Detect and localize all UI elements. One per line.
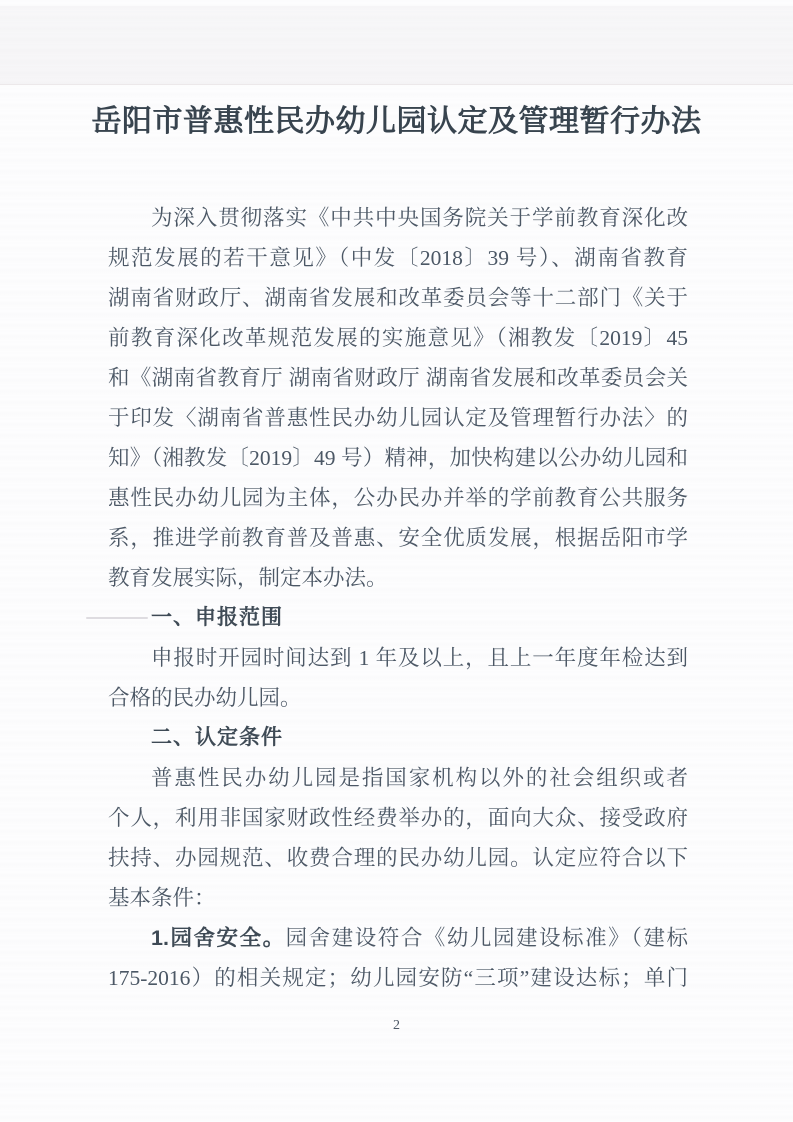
paragraph1-line: 规范发展的若干意见》（中发〔2018〕39 号）、湖南省教育厅、 xyxy=(108,238,688,278)
paragraph1-line: 知》（湘教发〔2019〕49 号）精神，加快构建以公办幼儿园和普 xyxy=(108,438,688,478)
item1-line: 175-2016）的相关规定；幼儿园安防“三项”建设达标；单门 xyxy=(108,958,688,998)
section-heading-1: 一、申报范围 xyxy=(108,598,688,638)
scan-artifact-top-band xyxy=(0,6,793,85)
paragraph1-line: 和《湖南省教育厅 湖南省财政厅 湖南省发展和改革委员会关 xyxy=(108,358,688,398)
paragraph2-line: 申报时开园时间达到 1 年及以上，且上一年度年检达到 xyxy=(108,638,688,678)
paragraph1-line: 惠性民办幼儿园为主体，公办民办并举的学前教育公共服务体 xyxy=(108,478,688,518)
item1-line: 1.园舍安全。园舍建设符合《幼儿园建设标准》（建标 xyxy=(108,918,688,958)
paragraph3-line: 普惠性民办幼儿园是指国家机构以外的社会组织或者 xyxy=(108,758,688,798)
paragraph3-line: 扶持、办园规范、收费合理的民办幼儿园。认定应符合以下 xyxy=(108,838,688,878)
paragraph1-line: 教育发展实际，制定本办法。 xyxy=(108,558,688,598)
paragraph2-line: 合格的民办幼儿园。 xyxy=(108,678,688,718)
document-title: 岳阳市普惠性民办幼儿园认定及管理暂行办法 xyxy=(0,101,793,143)
section-heading-2: 二、认定条件 xyxy=(108,718,688,758)
item1-bold-lead: 1.园舍安全。 xyxy=(151,926,286,950)
paragraph3-line: 基本条件： xyxy=(108,878,688,918)
page-number: 2 xyxy=(0,1018,793,1034)
paragraph1-line: 系，推进学前教育普及普惠、安全优质发展，根据岳阳市学前 xyxy=(108,518,688,558)
paragraph1-line: 湖南省财政厅、湖南省发展和改革委员会等十二部门《关于学 xyxy=(108,278,688,318)
paragraph1-line: 于印发〈湖南省普惠性民办幼儿园认定及管理暂行办法〉的通 xyxy=(108,398,688,438)
paragraph1-line: 前教育深化改革规范发展的实施意见》（湘教发〔2019〕45 号） xyxy=(108,318,688,358)
paragraph3-line: 个人，利用非国家财政性经费举办的，面向大众、接受政府 xyxy=(108,798,688,838)
document-page: 岳阳市普惠性民办幼儿园认定及管理暂行办法 为深入贯彻落实《中共中央国务院关于学前… xyxy=(0,0,793,1122)
item1-text: 园舍建设符合《幼儿园建设标准》（建标 xyxy=(286,926,688,950)
scan-artifact-dash xyxy=(86,617,148,619)
document-body: 为深入贯彻落实《中共中央国务院关于学前教育深化改革 规范发展的若干意见》（中发〔… xyxy=(108,198,688,998)
paragraph1-line: 为深入贯彻落实《中共中央国务院关于学前教育深化改革 xyxy=(108,198,688,238)
